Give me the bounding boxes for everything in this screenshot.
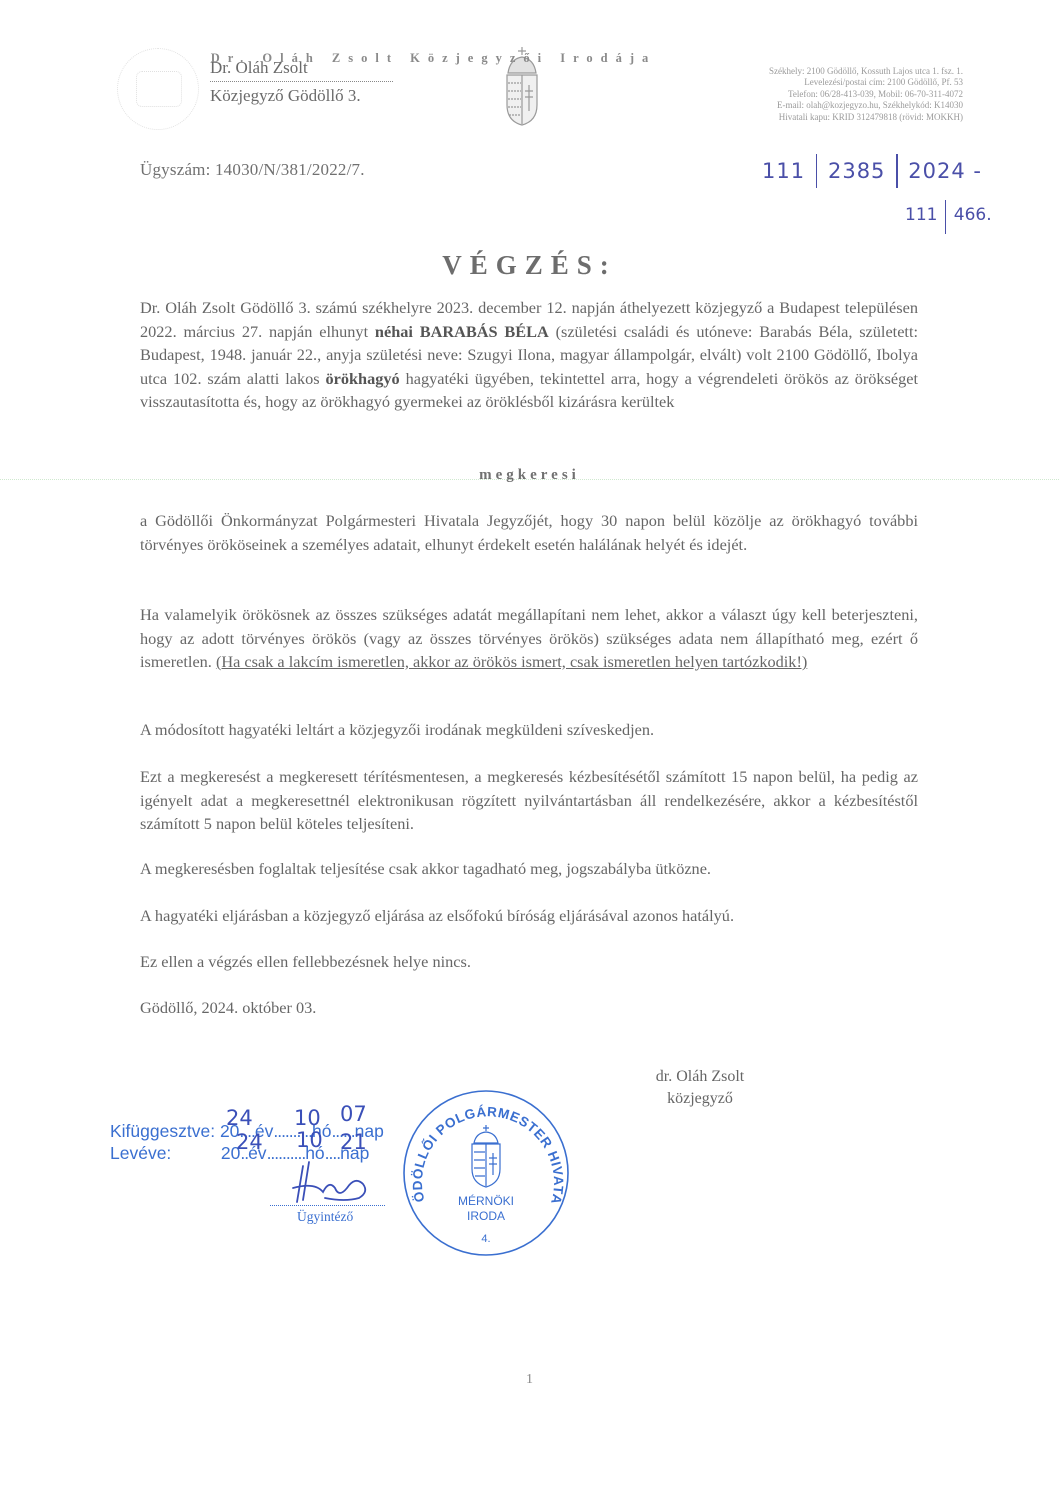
office-postal: Levelezési/postai cím: 2100 Gödöllő, Pf.…	[0, 77, 963, 89]
hw-part: 466.	[954, 205, 992, 225]
removed-month: 10	[296, 1128, 323, 1152]
appeal-paragraph: Ez ellen a végzés ellen fellebbezésnek h…	[140, 950, 918, 974]
svg-text:GÖDÖLLŐI POLGÁRMESTER HIVATAL: GÖDÖLLŐI POLGÁRMESTER HIVATAL	[400, 1087, 566, 1206]
signer-name: dr. Oláh Zsolt	[620, 1066, 780, 1088]
office-gateway: Hivatali kapu: KRID 312479818 (rövid: MO…	[0, 112, 963, 124]
testator-label: örökhagyó	[325, 369, 399, 388]
clerk-signature	[285, 1158, 375, 1208]
clerk-label: Ügyintéző	[297, 1209, 353, 1225]
page-number: 1	[0, 1372, 1059, 1388]
deadline-paragraph: Ezt a megkeresést a megkeresett térítésm…	[140, 765, 918, 836]
place-date: Gödöllő, 2024. október 03.	[140, 996, 918, 1020]
office-email: E-mail: olah@kozjegyzo.hu, Székhelykód: …	[0, 100, 963, 112]
inventory-paragraph: A módosított hagyatéki leltárt a közjegy…	[140, 718, 918, 742]
hw-part: 2385	[828, 159, 885, 183]
request-paragraph: a Gödöllői Önkormányzat Polgármesteri Hi…	[140, 509, 918, 556]
intro-paragraph: Dr. Oláh Zsolt Gödöllő 3. számú székhely…	[140, 296, 918, 414]
handwritten-sub-number: 111 466.	[905, 200, 992, 234]
hw-part: 2024 -	[908, 159, 982, 183]
office-address: Székhely: 2100 Gödöllő, Kossuth Lajos ut…	[0, 66, 963, 78]
clerk-signature-line	[270, 1205, 385, 1206]
svg-text:IRODA: IRODA	[467, 1209, 505, 1223]
svg-text:4.: 4.	[481, 1233, 490, 1245]
office-phone: Telefon: 06/28-413-039, Mobil: 06-70-311…	[0, 89, 963, 101]
office-contact-block: Dr. Oláh Zsolt Közjegyzői Irodája Székhe…	[0, 53, 963, 123]
removed-day: 21	[340, 1130, 367, 1154]
refusal-paragraph: A megkeresésben foglaltak teljesítése cs…	[140, 857, 918, 881]
removed-label: Levéve:	[110, 1143, 216, 1164]
svg-text:MÉRNÖKI: MÉRNÖKI	[458, 1193, 514, 1208]
deceased-name: néhai BARABÁS BÉLA	[375, 322, 549, 341]
office-title: Dr. Oláh Zsolt Közjegyzői Irodája	[0, 53, 963, 65]
office-round-stamp: GÖDÖLLŐI POLGÁRMESTER HIVATAL MÉRNÖKI IR…	[400, 1087, 572, 1259]
request-heading: megkeresi	[0, 467, 1059, 484]
hw-part: 111	[762, 159, 805, 183]
document-title: VÉGZÉS:	[0, 250, 1059, 281]
removed-year: 24	[236, 1130, 263, 1154]
handwritten-registry-number: 111 2385 2024 -	[762, 154, 982, 188]
case-number: Ügyszám: 14030/N/381/2022/7.	[140, 160, 365, 180]
effect-paragraph: A hagyatéki eljárásban a közjegyző eljár…	[140, 904, 918, 928]
signer-role: közjegyző	[620, 1088, 780, 1110]
posted-day: 07	[340, 1102, 367, 1126]
hw-part: 111	[905, 205, 937, 225]
signature-block: dr. Oláh Zsolt közjegyző	[620, 1066, 780, 1110]
posted-month: 10	[294, 1106, 321, 1130]
posted-year: 24	[226, 1106, 253, 1130]
unknown-heir-paragraph: Ha valamelyik örökösnek az összes szüksé…	[140, 603, 918, 674]
posted-label: Kifüggesztve:	[110, 1121, 215, 1141]
unknown-heir-note: (Ha csak a lakcím ismeretlen, akkor az ö…	[216, 652, 807, 671]
